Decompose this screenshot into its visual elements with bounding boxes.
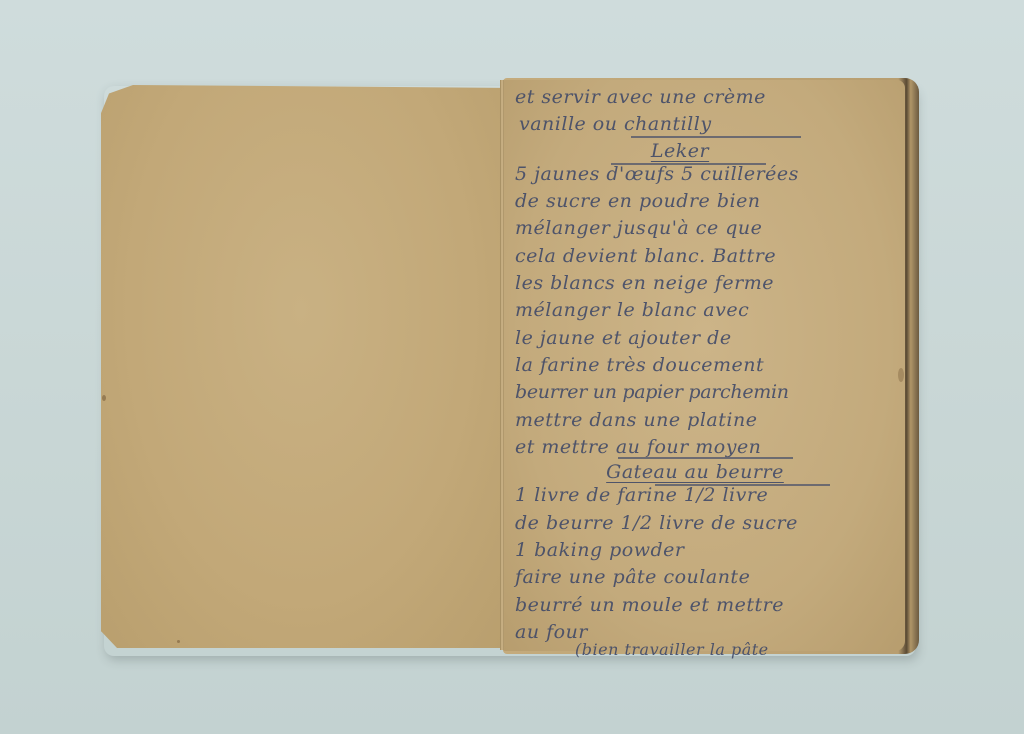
text-line: vanille ou chantilly <box>515 111 905 138</box>
notebook-spine <box>500 80 504 650</box>
paper-stain <box>102 395 106 401</box>
text-line: cela devient blanc. Battre <box>515 243 905 270</box>
open-notebook: et servir avec une crème vanille ou chan… <box>0 0 1024 734</box>
text-line: la farine très doucement <box>515 352 905 379</box>
text-line: mettre dans une platine <box>515 407 905 434</box>
handwritten-recipe-text: et servir avec une crème vanille ou chan… <box>515 84 905 660</box>
underline-rule <box>631 136 801 138</box>
text-line: le jaune et ajouter de <box>515 325 905 352</box>
text-line: 5 jaunes d'œufs 5 cuillerées <box>515 161 905 188</box>
text-line: de sucre en poudre bien <box>515 188 905 215</box>
text-line: mélanger jusqu'à ce que <box>515 215 905 242</box>
text-line: et servir avec une crème <box>515 84 905 111</box>
underline-rule <box>611 163 766 165</box>
text-line: les blancs en neige ferme <box>515 270 905 297</box>
text-line: 1 baking powder <box>515 537 905 564</box>
text-line: de beurre 1/2 livre de sucre <box>515 510 905 537</box>
left-page-blank <box>101 85 501 648</box>
text-line: 1 livre de farine 1/2 livre <box>515 482 905 509</box>
paper-stain <box>177 640 180 643</box>
text-line: mélanger le blanc avec <box>515 297 905 324</box>
underline-rule <box>655 484 830 486</box>
text-line: beurrer un papier parchemin <box>515 379 905 406</box>
underline-rule <box>618 457 793 459</box>
text-line: faire une pâte coulante <box>515 564 905 591</box>
text-line: beurré un moule et mettre <box>515 592 905 619</box>
